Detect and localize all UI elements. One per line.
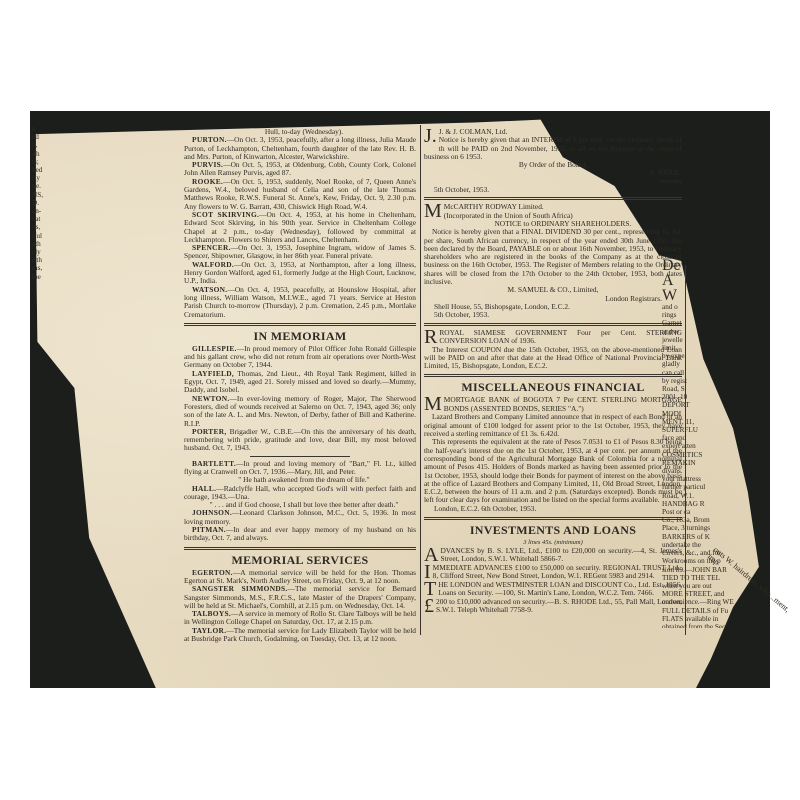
fragment-line: by regist xyxy=(662,377,752,385)
investments-list: ADVANCES by B. S. LYLE, Ltd., £100 to £2… xyxy=(424,547,682,615)
fragment-line: undertake the xyxy=(662,541,752,549)
deaths-list: Hull, to-day (Wednesday).PURTON.—On Oct.… xyxy=(184,128,416,319)
siamese-title: ROYAL SIAMESE GOVERNMENT Four per Cent. … xyxy=(439,328,682,345)
fragment-line: Co., 183a, Brom xyxy=(662,516,752,524)
fragment-line: ith xyxy=(32,150,52,158)
entry-name: PITMAN. xyxy=(192,525,226,534)
fragment-line: and w xyxy=(662,328,752,336)
fragment-line: n, xyxy=(32,141,52,149)
fragment-line: cly xyxy=(32,248,52,256)
entry-name: LAYFIELD, xyxy=(192,369,234,378)
entry-name: JOHNSON. xyxy=(192,508,232,517)
fragment-line: A xyxy=(662,273,752,288)
colman-body: Notice is hereby given that an INTERIM o… xyxy=(424,135,682,161)
fragment-line: FULL DETAILS of Fu xyxy=(662,607,752,615)
fragment-line: obtained from the Sec xyxy=(662,623,752,628)
investments-heading: INVESTMENTS AND LOANS xyxy=(424,517,682,537)
entry-name: PURVIS. xyxy=(192,160,223,169)
fragment-line: ath xyxy=(32,240,52,248)
entry-name: PORTER, xyxy=(192,427,226,436)
fragment-line: expert atten xyxy=(662,442,752,450)
death-notice: SCOT SKIRVING.—On Oct. 4, 1953, at his h… xyxy=(184,211,416,244)
entry-name: WALFORD. xyxy=(192,260,234,269)
investment-ad: IMMEDIATE ADVANCES £100 to £50,000 on se… xyxy=(424,564,682,581)
colman-order: By Order of the Board, xyxy=(424,161,682,169)
fragment-line: gladly xyxy=(662,360,752,368)
fragment-line: REMAKIN xyxy=(662,459,752,467)
bogota-sign: London, E.C.2. 6th October, 1953. xyxy=(424,505,682,513)
fragment-line: ed xyxy=(32,133,52,141)
fragment-line: ts; xyxy=(32,158,52,166)
in-memoriam-list: GILLESPIE.—In proud memory of Pilot Offi… xyxy=(184,345,416,543)
fragment-line: COSMETICS xyxy=(662,451,752,459)
fragment-line: MENT, 11, xyxy=(662,418,752,426)
fragment-line: rith xyxy=(32,256,52,264)
siamese-body: The Interest COUPON due the 15th October… xyxy=(424,346,682,371)
investment-ad: ADVANCES by B. S. LYLE, Ltd., £100 to £2… xyxy=(424,547,682,564)
death-notice: WATSON.—On Oct. 4, 1953, peacefully, at … xyxy=(184,286,416,319)
death-notice: ROOKE.—On Oct. 5, 1953, suddenly, Noel R… xyxy=(184,178,416,211)
fragment-line: loe xyxy=(32,273,52,281)
memorial-service-notice: EGERTON.—A memorial service will be held… xyxy=(184,569,416,586)
death-notice: SPENCER.—On Oct. 3, 1953, Josephine Ingr… xyxy=(184,244,416,261)
fragment-line: SUPERFLU xyxy=(662,426,752,434)
memorial-services-list: EGERTON.—A memorial service will be held… xyxy=(184,569,416,644)
entry-name: BARTLETT. xyxy=(192,459,236,468)
fragment-line: W xyxy=(662,288,752,303)
left-column: Hull, to-day (Wednesday).PURTON.—On Oct.… xyxy=(184,128,416,643)
fragment-line: divans. xyxy=(662,467,752,475)
memoriam-notice: HALL.—Radclyffe Hall, who accepted God's… xyxy=(184,485,416,502)
memorial-services-heading: MEMORIAL SERVICES xyxy=(184,547,416,567)
entry-name: PURTON. xyxy=(192,135,227,144)
fragment-line: convenience.—Ring WE xyxy=(662,598,752,606)
misc-financial-heading: MISCELLANEOUS FINANCIAL xyxy=(424,374,682,394)
colman-signatory: A. RYRIE, xyxy=(424,169,682,177)
memoriam-notice: LAYFIELD, Thomas, 2nd Lieut., 4th Royal … xyxy=(184,370,416,395)
memoriam-notice: PITMAN.—In dear and ever happy memory of… xyxy=(184,526,416,543)
fragment-line: D. xyxy=(32,199,52,207)
mccarthy-body: Notice is hereby given that a FINAL DIVI… xyxy=(424,228,682,286)
entry-name: SCOT SKIRVING. xyxy=(192,210,259,219)
mccarthy-notice: MMcCARTHY RODWAY Limited. (Incorporated … xyxy=(424,203,682,319)
fragment-line: rings xyxy=(662,311,752,319)
fragment-line: Road, S xyxy=(662,385,752,393)
fragment-line: MORE STREET, and xyxy=(662,590,752,598)
fragment-line: tte. xyxy=(32,182,52,190)
memoriam-notice: PORTER, Brigadier W., C.B.E.—On this the… xyxy=(184,428,416,453)
fragment-line: limit. xyxy=(662,344,752,352)
fragment-line: Road, W.1. xyxy=(662,492,752,500)
left-edge-fragments: nedn,ithts;kedrtytte.NS,D.an-eatns,tfula… xyxy=(32,125,52,281)
fragment-line: DEPORT xyxy=(662,401,752,409)
entry-name: EGERTON. xyxy=(192,568,233,577)
fragment-line: eat xyxy=(32,215,52,223)
bogota-title: MORTGAGE BANK of BOGOTA 7 Per CENT. STER… xyxy=(444,395,682,412)
in-memoriam-heading: IN MEMORIAM xyxy=(184,323,416,343)
middle-column: J.J. & J. COLMAN, Ltd.Notice is hereby g… xyxy=(424,128,682,615)
fragment-line: ns, xyxy=(32,223,52,231)
fragment-line: HANDBAG R xyxy=(662,500,752,508)
divider xyxy=(250,456,350,457)
fragment-line: NS, xyxy=(32,191,52,199)
bogota-p1: Lazard Brothers and Company Limited anno… xyxy=(424,413,682,438)
fragment-line: can call xyxy=(662,369,752,377)
fragment-line: by expe xyxy=(662,352,752,360)
fragment-line: tful xyxy=(32,232,52,240)
death-notice: PURTON.—On Oct. 3, 1953, peacefully, aft… xyxy=(184,136,416,161)
entry-name: HALL. xyxy=(192,484,216,493)
memoriam-notice: BARTLETT.—In proud and loving memory of … xyxy=(184,460,416,477)
investment-ad: THE LONDON and WESTMINSTER LOAN and DISC… xyxy=(424,581,682,598)
entry-name: TAYLOR. xyxy=(192,626,226,635)
entry-name: NEWTON. xyxy=(192,394,230,403)
column-divider xyxy=(420,125,421,635)
memorial-service-notice: TALBOYS.—A service in memory of Rollo St… xyxy=(184,610,416,627)
bogota-p2: This represents the equivalent at the ra… xyxy=(424,438,682,504)
bogota-notice: MMORTGAGE BANK of BOGOTA 7 Per CENT. STE… xyxy=(424,396,682,513)
fragment-line: Garnet xyxy=(662,319,752,327)
fragment-line: ms, xyxy=(32,264,52,272)
entry-name: GILLESPIE. xyxy=(192,344,237,353)
fragment-line: De xyxy=(662,258,752,273)
entry-name: TALBOYS. xyxy=(192,609,231,618)
colman-notice: J.J. & J. COLMAN, Ltd.Notice is hereby g… xyxy=(424,128,682,194)
death-notice: WALFORD.—On Oct. 3, 1953, at Northampton… xyxy=(184,261,416,286)
memoriam-notice: GILLESPIE.—In proud memory of Pilot Offi… xyxy=(184,345,416,370)
investment-ad: £200 to £10,000 advanced on security.—B.… xyxy=(424,598,682,615)
fragment-line: rty xyxy=(32,174,52,182)
divider xyxy=(424,323,682,326)
entry-name: WATSON. xyxy=(192,285,227,294)
fragment-line: an- xyxy=(32,207,52,215)
fragment-line: n xyxy=(32,125,52,133)
fragment-line: Post or ca xyxy=(662,508,752,516)
entry-name: SANGSTER SIMMONDS. xyxy=(192,584,288,593)
memorial-service-notice: SANGSTER SIMMONDS.—The memorial service … xyxy=(184,585,416,610)
fragment-line: further particul xyxy=(662,483,752,491)
memoriam-notice: NEWTON.—In ever-loving memory of Roger, … xyxy=(184,395,416,428)
fragment-line: and o xyxy=(662,303,752,311)
memoriam-notice: JOHNSON.—Leonard Clarkson Johnson, M.C.,… xyxy=(184,509,416,526)
fragment-line: FLATS available in xyxy=(662,615,752,623)
entry-name: ROOKE. xyxy=(192,177,223,186)
fragment-line: jewelle xyxy=(662,336,752,344)
divider xyxy=(424,197,682,200)
fragment-line: ked xyxy=(32,166,52,174)
siamese-notice: RROYAL SIAMESE GOVERNMENT Four per Cent.… xyxy=(424,329,682,371)
fragment-line: BARKERS of K xyxy=(662,533,752,541)
death-notice: PURVIS.—On Oct. 5, 1953, at Oldenburg, C… xyxy=(184,161,416,178)
colman-date: 5th October, 1953. xyxy=(424,186,682,194)
memorial-service-notice: TAYLOR.—The memorial service for Lady El… xyxy=(184,627,416,644)
fragment-line: Place, 3 turnings xyxy=(662,524,752,532)
fragment-line: 2001. 10 xyxy=(662,393,752,401)
fragment-line: your mattress xyxy=(662,475,752,483)
mccarthy-date: 5th October, 1953. xyxy=(424,311,682,319)
fragment-line: MODI xyxy=(662,410,752,418)
fragment-line: face and xyxy=(662,434,752,442)
entry-name: SPENCER. xyxy=(192,243,231,252)
